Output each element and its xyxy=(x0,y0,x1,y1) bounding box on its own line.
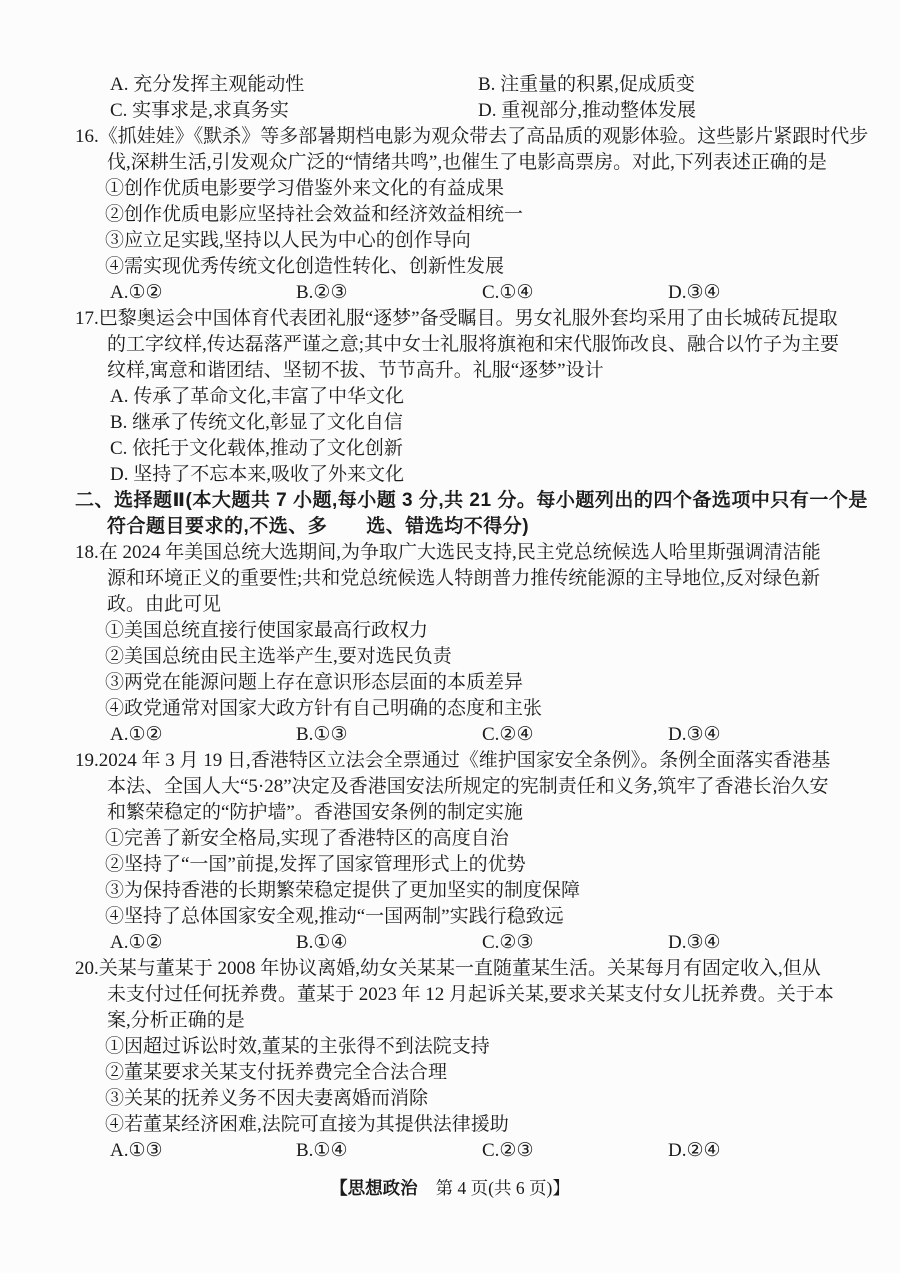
q20-stem-line-3: 案,分析正确的是 xyxy=(75,1008,845,1034)
q17-option-a: A. 传承了革命文化,丰富了中华文化 xyxy=(75,384,845,410)
q17-option-b: B. 继承了传统文化,彰显了文化自信 xyxy=(75,410,845,436)
q18-option-a: A.①② xyxy=(110,722,296,748)
q19-stem-line-2: 本法、全国人大“5·28”决定及香港国安法所规定的宪制责任和义务,筑牢了香港长治… xyxy=(75,774,845,800)
q20-option-b: B.①④ xyxy=(296,1138,482,1164)
q20-option-a: A.①③ xyxy=(110,1138,296,1164)
prev-option-b: B. 注重量的积累,促成质变 xyxy=(478,72,695,98)
q18-stem-line-2: 源和环境正义的重要性;共和党总统候选人特朗普力推传统能源的主导地位,反对绿色新 xyxy=(75,566,845,592)
q18-item-1: ①美国总统直接行使国家最高行政权力 xyxy=(75,618,845,644)
q17-stem-line-3: 纹样,寓意和谐团结、坚韧不拔、节节高升。礼服“逐梦”设计 xyxy=(75,358,845,384)
q19-item-1: ①完善了新安全格局,实现了香港特区的高度自治 xyxy=(75,826,845,852)
q16-item-2: ②创作优质电影应坚持社会效益和经济效益相统一 xyxy=(75,202,845,228)
q19-option-b: B.①④ xyxy=(296,930,482,956)
prev-option-a: A. 充分发挥主观能动性 xyxy=(110,72,478,98)
prev-question-options-row-1: A. 充分发挥主观能动性 B. 注重量的积累,促成质变 xyxy=(75,72,845,98)
q16-item-3: ③应立足实践,坚持以人民为中心的创作导向 xyxy=(75,228,845,254)
q19-option-a: A.①② xyxy=(110,930,296,956)
q18-option-d: D.③④ xyxy=(668,722,721,748)
q19-option-d: D.③④ xyxy=(668,930,721,956)
q16-option-c: C.①④ xyxy=(482,280,668,306)
q19-option-c: C.②③ xyxy=(482,930,668,956)
q16-option-d: D.③④ xyxy=(668,280,721,306)
exam-content: A. 充分发挥主观能动性 B. 注重量的积累,促成质变 C. 实事求是,求真务实… xyxy=(75,72,845,1164)
q19-stem-line-3: 和繁荣稳定的“防护墙”。香港国安条例的制定实施 xyxy=(75,800,845,826)
q19-item-2: ②坚持了“一国”前提,发挥了国家管理形式上的优势 xyxy=(75,852,845,878)
q20-stem-line-1: 20.关某与董某于 2008 年协议离婚,幼女关某某一直随董某生活。关某每月有固… xyxy=(75,956,845,982)
q16-item-4: ④需实现优秀传统文化创造性转化、创新性发展 xyxy=(75,254,845,280)
q17-option-d: D. 坚持了不忘本来,吸收了外来文化 xyxy=(75,462,845,488)
q18-stem-line-1: 18.在 2024 年美国总统大选期间,为争取广大选民支持,民主党总统候选人哈里… xyxy=(75,540,845,566)
q20-item-3: ③关某的抚养义务不因夫妻离婚而消除 xyxy=(75,1086,845,1112)
q18-option-b: B.①③ xyxy=(296,722,482,748)
q18-stem-line-3: 政。由此可见 xyxy=(75,592,845,618)
q20-options-row: A.①③ B.①④ C.②③ D.②④ xyxy=(75,1138,845,1164)
q16-option-b: B.②③ xyxy=(296,280,482,306)
section2-header-line-2: 符合题目要求的,不选、多 选、错选均不得分) xyxy=(75,514,845,540)
page-footer: 【思想政治第 4 页(共 6 页)】 xyxy=(0,1176,900,1200)
prev-question-options-row-2: C. 实事求是,求真务实 D. 重视部分,推动整体发展 xyxy=(75,98,845,124)
q16-stem-line-2: 伐,深耕生活,引发观众广泛的“情绪共鸣”,也催生了电影高票房。对此,下列表述正确… xyxy=(75,150,845,176)
q17-stem-line-2: 的工字纹样,传达磊落严谨之意;其中女士礼服将旗袍和宋代服饰改良、融合以竹子为主要 xyxy=(75,332,845,358)
q18-item-3: ③两党在能源问题上存在意识形态层面的本质差异 xyxy=(75,670,845,696)
footer-page-number: 第 4 页(共 6 页)】 xyxy=(436,1178,570,1198)
q19-item-4: ④坚持了总体国家安全观,推动“一国两制”实践行稳致远 xyxy=(75,904,845,930)
prev-option-d: D. 重视部分,推动整体发展 xyxy=(478,98,696,124)
q20-option-c: C.②③ xyxy=(482,1138,668,1164)
q20-item-1: ①因超过诉讼时效,董某的主张得不到法院支持 xyxy=(75,1034,845,1060)
q19-options-row: A.①② B.①④ C.②③ D.③④ xyxy=(75,930,845,956)
q16-option-a: A.①② xyxy=(110,280,296,306)
q20-option-d: D.②④ xyxy=(668,1138,721,1164)
exam-paper-page: A. 充分发挥主观能动性 B. 注重量的积累,促成质变 C. 实事求是,求真务实… xyxy=(0,0,900,1273)
q17-stem-line-1: 17.巴黎奥运会中国体育代表团礼服“逐梦”备受瞩目。男女礼服外套均采用了由长城砖… xyxy=(75,306,845,332)
q20-item-2: ②董某要求关某支付抚养费完全合法合理 xyxy=(75,1060,845,1086)
section2-header-line-1: 二、选择题Ⅱ(本大题共 7 小题,每小题 3 分,共 21 分。每小题列出的四个… xyxy=(75,488,845,514)
q20-stem-line-2: 未支付过任何抚养费。董某于 2023 年 12 月起诉关某,要求关某支付女儿抚养… xyxy=(75,982,845,1008)
q17-option-c: C. 依托于文化载体,推动了文化创新 xyxy=(75,436,845,462)
q20-item-4: ④若董某经济困难,法院可直接为其提供法律援助 xyxy=(75,1112,845,1138)
q19-stem-line-1: 19.2024 年 3 月 19 日,香港特区立法会全票通过《维护国家安全条例》… xyxy=(75,748,845,774)
q16-options-row: A.①② B.②③ C.①④ D.③④ xyxy=(75,280,845,306)
prev-option-c: C. 实事求是,求真务实 xyxy=(110,98,478,124)
q16-item-1: ①创作优质电影要学习借鉴外来文化的有益成果 xyxy=(75,176,845,202)
q16-stem-line-1: 16.《抓娃娃》《默杀》等多部暑期档电影为观众带去了高品质的观影体验。这些影片紧… xyxy=(75,124,845,150)
q18-option-c: C.②④ xyxy=(482,722,668,748)
q18-item-2: ②美国总统由民主选举产生,要对选民负责 xyxy=(75,644,845,670)
q18-item-4: ④政党通常对国家大政方针有自己明确的态度和主张 xyxy=(75,696,845,722)
footer-subject-label: 【思想政治 xyxy=(330,1178,418,1198)
q19-item-3: ③为保持香港的长期繁荣稳定提供了更加坚实的制度保障 xyxy=(75,878,845,904)
q18-options-row: A.①② B.①③ C.②④ D.③④ xyxy=(75,722,845,748)
